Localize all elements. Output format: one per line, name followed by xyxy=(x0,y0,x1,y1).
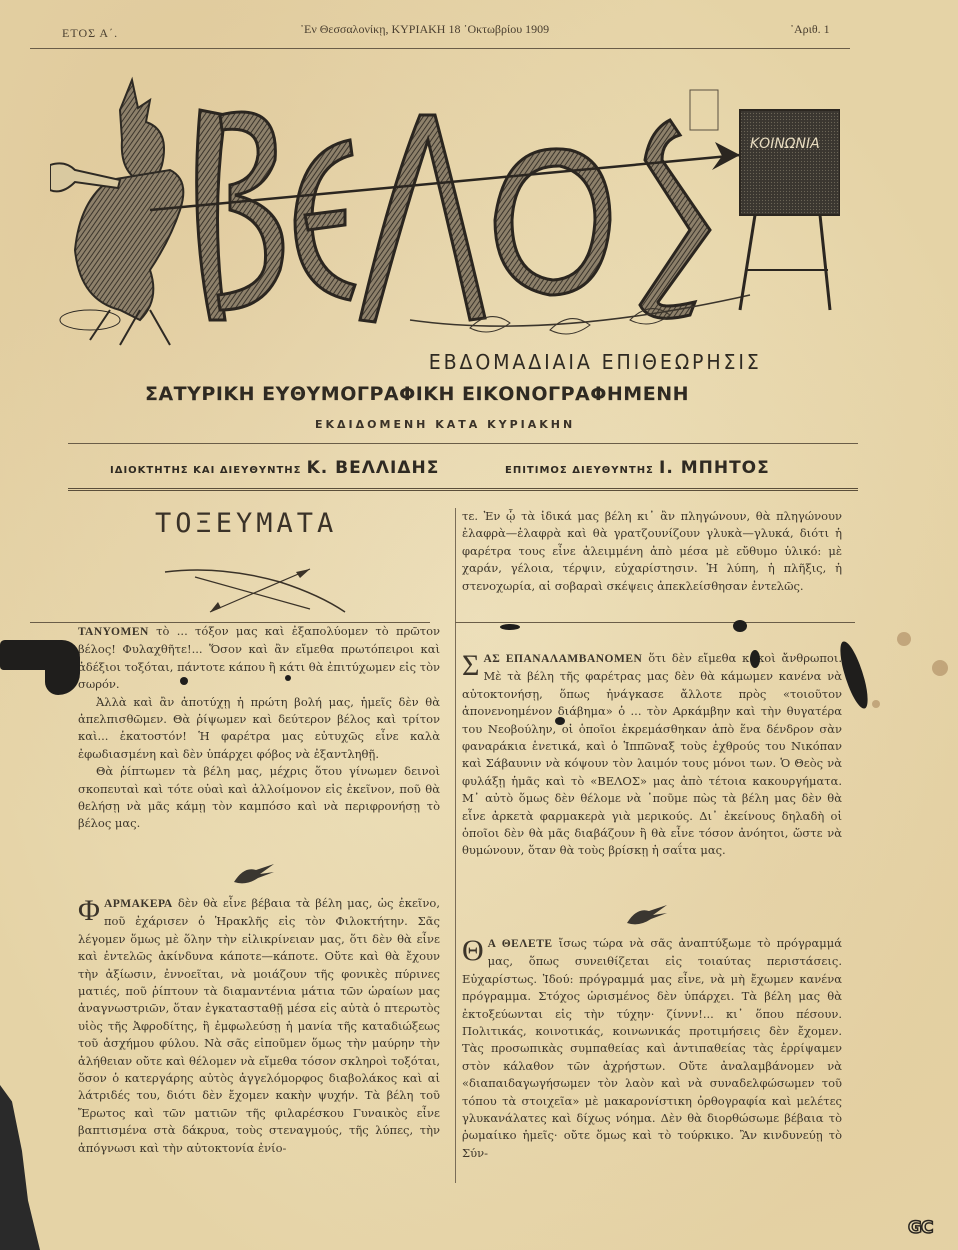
right-column-third: ΘΑ ΘΕΛΕΤΕ ἴσως τώρα νὰ σᾶς ἀναπτύξωμε τὸ… xyxy=(462,935,842,1162)
paragraph: ΣΑΣ ΕΠΑΝΑΛΑΜΒΑΝΟΜΕΝ ὅτι δὲν εἴμεθα κακοὶ… xyxy=(462,650,842,860)
volume-year: ΕΤΟΣ Α΄. xyxy=(62,26,118,41)
paragraph: ΘΑ ΘΕΛΕΤΕ ἴσως τώρα νὰ σᾶς ἀναπτύξωμε τὸ… xyxy=(462,935,842,1162)
foxing-spot xyxy=(872,700,880,708)
watermark-logo: GC xyxy=(908,1218,932,1238)
honorary-director-name: Ι. ΜΠΗΤΟΣ xyxy=(659,458,770,478)
right-column: τε. Ἐν ᾧ τὰ ἰδικά μας βέλη κι᾿ ἂν πληγών… xyxy=(462,508,842,595)
satyr-figure xyxy=(60,80,183,345)
dateline-rule xyxy=(30,48,850,49)
paper-hole xyxy=(733,620,747,632)
paper-hole xyxy=(750,650,760,668)
owners-line: ΙΔΙΟΚΤΗΤΗΣ ΚΑΙ ΔΙΕΥΘΥΝΤΗΣ Κ. ΒΕΛΛΙΔΗΣ ΕΠ… xyxy=(95,458,855,482)
paragraph: Ἀλλὰ καὶ ἂν ἀποτύχῃ ἡ πρώτη βολή μας, ἡμ… xyxy=(78,694,440,764)
fold-line-right xyxy=(455,622,855,623)
paper-hole xyxy=(555,717,565,725)
newspaper-page: ΕΤΟΣ Α΄. ᾿Εν Θεσσαλονίκῃ, ΚΥΡΙΑΚΗ 18 ᾿Οκ… xyxy=(0,0,958,1250)
left-column-continued: ΦΑΡΜΑΚΕΡΑ δὲν θὰ εἶνε βέβαια τὰ βέλη μας… xyxy=(78,895,440,1157)
paragraph: Θὰ ῥίπτωμεν τὰ βέλη μας, μέχρις ὅτου γίν… xyxy=(78,763,440,833)
header-double-rule xyxy=(68,488,858,491)
right-column-second: ΣΑΣ ΕΠΑΝΑΛΑΜΒΑΝΟΜΕΝ ὅτι δὲν εἴμεθα κακοὶ… xyxy=(462,650,842,860)
owner-label: ΙΔΙΟΚΤΗΤΗΣ ΚΑΙ ΔΙΕΥΘΥΝΤΗΣ xyxy=(110,465,301,476)
owner-name: Κ. ΒΕΛΛΙΔΗΣ xyxy=(307,458,440,478)
paragraph: ΦΑΡΜΑΚΕΡΑ δὲν θὰ εἶνε βέβαια τὰ βέλη μας… xyxy=(78,895,440,1157)
left-column: ΤΑΝΥΟΜΕΝ τὸ ... τόξον μας καὶ ἐξαπολύομε… xyxy=(78,623,440,833)
subtitle-published-sunday: ΕΚΔΙΔΟΜΕΝΗ ΚΑΤΑ ΚΥΡΙΑΚΗΝ xyxy=(315,418,575,431)
paper-hole xyxy=(285,675,291,681)
easel-text: ΚΟΙΝΩΝΙΑ xyxy=(750,136,820,152)
trumpet-icon xyxy=(50,163,120,191)
section-title: ΤΟΞΕΥΜΑΤΑ xyxy=(155,508,337,539)
subtitle-weekly-review: ΕΒΔΟΜΑΔΙΑΙΑ ΕΠΙΘΕΩΡΗΣΙΣ xyxy=(429,350,762,374)
paper-hole xyxy=(180,677,188,685)
paragraph: τε. Ἐν ᾧ τὰ ἰδικά μας βέλη κι᾿ ἂν πληγών… xyxy=(462,508,842,595)
subtitle-satirical: ΣΑΤΥΡΙΚΗ ΕΥΘΥΜΟΓΡΑΦΙΚΗ ΕΙΚΟΝΟΓΡΑΦΗΜΕΝΗ xyxy=(145,383,785,405)
title-letters xyxy=(197,110,710,322)
title-illustration: ΚΟΙΝΩΝΙΑ xyxy=(50,70,840,350)
subtitle-rule xyxy=(68,443,858,444)
torn-edge xyxy=(0,1085,40,1250)
issue-number: ᾿Αριθ. 1 xyxy=(790,22,890,37)
swallow-ornament-icon xyxy=(232,862,276,886)
foxing-spot xyxy=(897,632,911,646)
honorary-director-label: ΕΠΙΤΙΜΟΣ ΔΙΕΥΘΥΝΤΗΣ xyxy=(505,465,654,476)
column-divider xyxy=(455,508,456,1183)
foxing-spot xyxy=(932,660,948,676)
paper-hole xyxy=(500,624,520,630)
paragraph: ΤΑΝΥΟΜΕΝ τὸ ... τόξον μας καὶ ἐξαπολύομε… xyxy=(78,623,440,694)
laurel-branch xyxy=(410,295,750,326)
easel: ΚΟΙΝΩΝΙΑ xyxy=(740,110,840,310)
beloс-logo-art: ΚΟΙΝΩΝΙΑ xyxy=(50,70,840,350)
place-date: ᾿Εν Θεσσαλονίκῃ, ΚΥΡΙΑΚΗ 18 ᾿Οκτωβρίου 1… xyxy=(300,22,549,37)
swallow-ornament-icon xyxy=(625,903,669,927)
white-tower-sketch xyxy=(690,90,718,130)
paper-hole xyxy=(45,650,80,695)
crossed-arrows-icon xyxy=(160,557,350,617)
